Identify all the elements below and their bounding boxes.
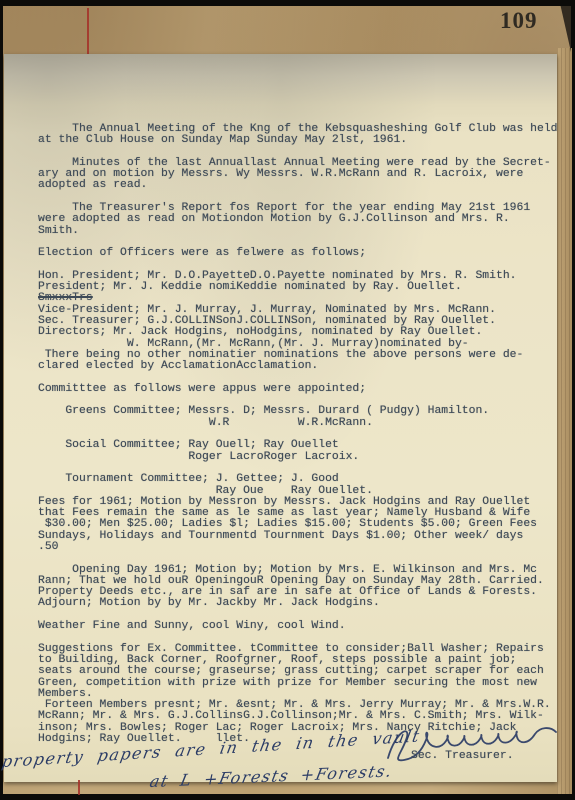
typed-line: Adjourn; Motion by by Mr. Jackby Mr. Jac… [38, 598, 550, 609]
typed-line: Election of Officers were as felwere as … [38, 248, 550, 259]
typed-line: Committtee as follows were appus were ap… [38, 384, 550, 395]
typed-line: Weather Fine and Sunny, cool Winy, cool … [38, 621, 550, 632]
typed-line: Tournament Committee; J. Gettee; J. Good [38, 474, 550, 485]
page-edge-strip [557, 48, 572, 794]
sec-treasurer-label: Sec. Treasurer. [411, 750, 514, 762]
signature-scrawl [382, 720, 562, 770]
red-margin-line-top [87, 8, 89, 57]
typed-line: adopted as read. [38, 180, 550, 191]
typed-line: President; Mr. J. Keddie nomiKeddie nomi… [38, 282, 550, 293]
typed-line: Smith. [38, 226, 550, 237]
typed-line: at the Club House on Sunday Map Sunday M… [38, 135, 550, 146]
typed-line [38, 632, 550, 643]
typed-line: .50 [38, 542, 550, 553]
typed-line: clared elected by AcclamationAcclamation… [38, 361, 550, 372]
page-number: 109 [500, 8, 538, 34]
typed-line: Sundays, Holidays and Tournmentd Tournme… [38, 531, 550, 542]
typed-line: Green, competition with prize with prize… [38, 678, 550, 689]
typed-minutes: The Annual Meeting of the Kng of the Keb… [38, 124, 550, 745]
typed-line: $30.00; Men $25.00; Ladies $l; Ladies $1… [38, 519, 550, 530]
typed-line [38, 553, 550, 564]
typed-line: Roger LacroRoger Lacroix. [38, 452, 550, 463]
red-margin-line-bottom [78, 780, 80, 795]
scanned-page: 109 The Annual Meeting of the Kng of the… [0, 0, 575, 800]
typed-line: seats around the course; graseurse; gras… [38, 666, 550, 677]
typed-line: Social Committee; Ray Ouell; Ray Ouellet [38, 440, 550, 451]
typed-line: Directors; Mr. Jack Hodgins, noHodgins, … [38, 327, 550, 338]
typed-line: W.R W.R.McRann. [38, 418, 550, 429]
typed-line: were adopted as read on Motiondon Motion… [38, 214, 550, 225]
